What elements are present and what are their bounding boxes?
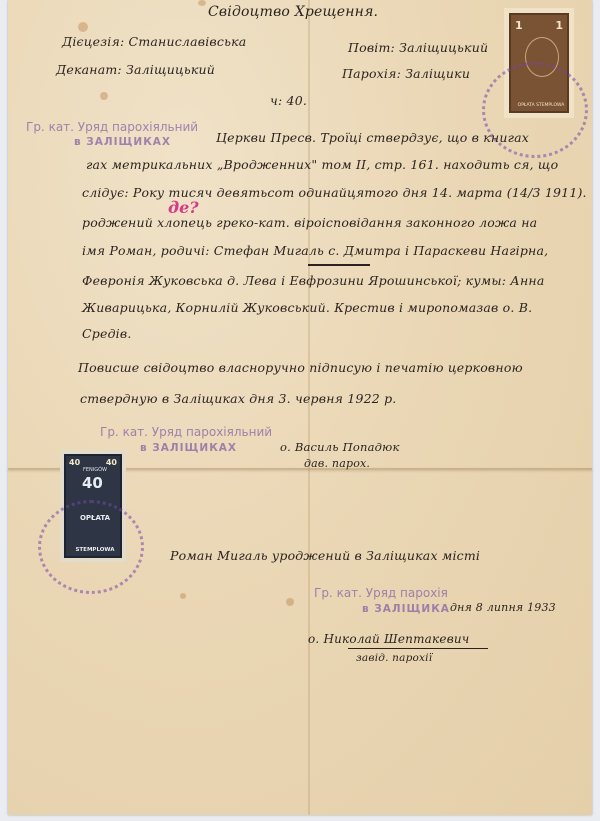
vertical-fold-line	[308, 0, 310, 815]
parish-line: Парохія: Заліщики	[342, 66, 470, 81]
body-line-1: Церкви Пресв. Троїці ствердзує, що в кни…	[216, 130, 529, 145]
parish-office-stamp-2-line2: в ЗАЛІЩИКАХ	[140, 442, 237, 454]
stamp-denomination-right: 40	[106, 458, 117, 467]
parish-office-stamp-3-line2: в ЗАЛІЩИКА	[362, 603, 450, 615]
parish-office-stamp-3-line1: Гр. кат. Уряд парохія	[314, 586, 448, 600]
body-line-8: Средів.	[82, 326, 132, 341]
stain	[78, 22, 88, 32]
signature-2-name: о. Николай Шептакевич	[308, 632, 469, 646]
stain	[100, 92, 108, 100]
body-line-6: Февронія Жуковська д. Лева і Евфрозини Я…	[82, 273, 544, 288]
stain	[286, 598, 294, 606]
body-line-4: роджений хлопець греко-кат. віроісповіда…	[82, 215, 537, 230]
signature-1-title: дав. парох.	[304, 457, 370, 470]
name-underline	[308, 264, 370, 266]
document-title: Свідоцтво Хрещення.	[208, 4, 378, 20]
body-line-3: слідує: Року тисяч девятьсот одинайцятог…	[82, 185, 587, 200]
body-line-7: Живарицька, Корнилій Жуковський. Крестив…	[82, 300, 532, 315]
stamp-top-text: FENIGÓW	[72, 467, 118, 473]
parish-office-stamp-2-line1: Гр. кат. Уряд парохіяльний	[100, 425, 272, 439]
stain	[180, 593, 186, 599]
stamp-center-value: 40	[82, 474, 103, 492]
parish-office-stamp-line2: в ЗАЛІЩИКАХ	[74, 136, 171, 148]
stain	[198, 0, 206, 6]
stamp-denomination-right: 1	[555, 19, 563, 32]
closing-line-2: ствердную в Заліщиках дня 3. червня 1922…	[80, 391, 396, 406]
body-line-2: гах метрикальних „Вродженних" том II, ст…	[86, 157, 558, 172]
signature-underline	[348, 648, 488, 649]
body-line-5: імя Роман, родичі: Стефан Мигаль с. Дмит…	[82, 243, 548, 258]
baptism-certificate-paper: Свідоцтво Хрещення. Дієцезія: Станиславі…	[8, 0, 592, 815]
later-note: Роман Мигаль уроджений в Заліщиках місті	[170, 548, 480, 563]
parish-office-stamp-line1: Гр. кат. Уряд парохіяльний	[26, 120, 198, 134]
certificate-number: ч: 40.	[270, 93, 307, 108]
county-line: Повіт: Заліщицький	[348, 40, 488, 55]
later-date: дня 8 липня 1933	[450, 601, 556, 614]
diocese-line: Дієцезія: Станиславівська	[62, 34, 246, 49]
stamp-denomination-left: 1	[515, 19, 523, 32]
signature-1-name: о. Василь Попадюк	[280, 440, 400, 454]
closing-line-1: Повисше свідоцтво власноручно підписую і…	[78, 360, 523, 375]
stamp-denomination-left: 40	[69, 458, 80, 467]
signature-2-title: завід. парохії	[356, 652, 432, 664]
deanery-line: Деканат: Заліщицький	[56, 62, 215, 77]
parish-round-seal-bottom	[38, 500, 144, 594]
